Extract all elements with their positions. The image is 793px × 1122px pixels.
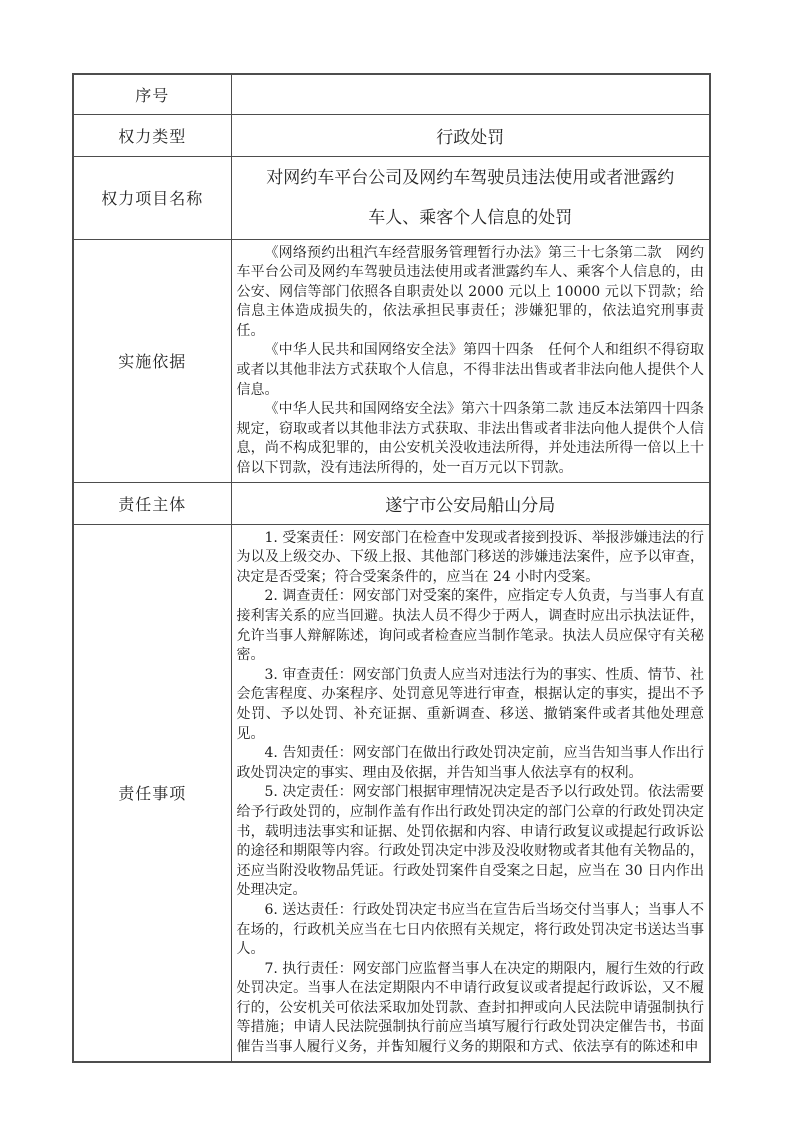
responsibility-item: 6. 送达责任：行政处罚决定书应当在宣告后当场交付当事人；当事人不在场的，行政机…	[237, 901, 705, 960]
cell-power-item-name-value: 对网约车平台公司及网约车驾驶员违法使用或者泄露约 车人、乘客个人信息的处罚	[231, 156, 710, 239]
cell-responsible-entity-value: 遂宁市公安局船山分局	[231, 482, 710, 524]
power-list-table: 序号 权力类型 行政处罚 权力项目名称 对网约车平台公司及网约车驾驶员违法使用或…	[72, 73, 711, 1063]
table-row-responsible-entity: 责任主体 遂宁市公安局船山分局	[73, 482, 710, 524]
cell-power-type-value: 行政处罚	[231, 114, 710, 156]
table-row-responsibility-items: 责任事项 1. 受案责任：网安部门在检查中发现或者接到投诉、举报涉嫌违法的行为以…	[73, 524, 710, 1062]
responsibility-item: 5. 决定责任：网安部门根据审理情况决定是否予以行政处罚。依法需要给予行政处罚的…	[237, 783, 705, 901]
table-row-serial: 序号	[73, 74, 710, 114]
row-label-responsibility-items: 责任事项	[73, 524, 231, 1062]
row-label-serial-number: 序号	[73, 74, 231, 114]
row-label-power-type: 权力类型	[73, 114, 231, 156]
table-row-power-item-name: 权力项目名称 对网约车平台公司及网约车驾驶员违法使用或者泄露约 车人、乘客个人信…	[73, 156, 710, 239]
table-row-implementation-basis: 实施依据 《网络预约出租汽车经营服务管理暂行办法》第三十七条第二款 网约车平台公…	[73, 239, 710, 482]
row-label-responsible-entity: 责任主体	[73, 482, 231, 524]
power-item-name-line-2: 车人、乘客个人信息的处罚	[232, 198, 710, 238]
legal-basis-paragraph: 《中华人民共和国网络安全法》第六十四条第二款 违反本法第四十四条规定，窃取或者以…	[237, 400, 705, 478]
table-row-power-type: 权力类型 行政处罚	[73, 114, 710, 156]
row-label-power-item-name: 权力项目名称	[73, 156, 231, 239]
responsibility-item: 3. 审查责任：网安部门负责人应当对违法行为的事实、性质、情节、社会危害程度、办…	[237, 666, 705, 744]
legal-basis-paragraph: 《网络预约出租汽车经营服务管理暂行办法》第三十七条第二款 网约车平台公司及网约车…	[237, 244, 705, 342]
responsibility-item: 4. 告知责任：网安部门在做出行政处罚决定前，应当告知当事人作出行政处罚决定的事…	[237, 744, 705, 783]
page-number: 5	[0, 1040, 793, 1055]
responsibility-item: 1. 受案责任：网安部门在检查中发现或者接到投诉、举报涉嫌违法的行为以及上级交办…	[237, 529, 705, 588]
row-label-implementation-basis: 实施依据	[73, 239, 231, 482]
legal-basis-paragraph: 《中华人民共和国网络安全法》第四十四条 任何个人和组织不得窃取或者以其他非法方式…	[237, 341, 705, 400]
responsibility-item: 2. 调查责任：网安部门对受案的案件，应指定专人负责，与当事人有直接利害关系的应…	[237, 587, 705, 665]
cell-serial-number-value	[231, 74, 710, 114]
document-page: 序号 权力类型 行政处罚 权力项目名称 对网约车平台公司及网约车驾驶员违法使用或…	[0, 0, 793, 1122]
cell-responsibility-items-value: 1. 受案责任：网安部门在检查中发现或者接到投诉、举报涉嫌违法的行为以及上级交办…	[231, 524, 710, 1062]
cell-implementation-basis-value: 《网络预约出租汽车经营服务管理暂行办法》第三十七条第二款 网约车平台公司及网约车…	[231, 239, 710, 482]
power-item-name-line-1: 对网约车平台公司及网约车驾驶员违法使用或者泄露约	[232, 158, 710, 198]
